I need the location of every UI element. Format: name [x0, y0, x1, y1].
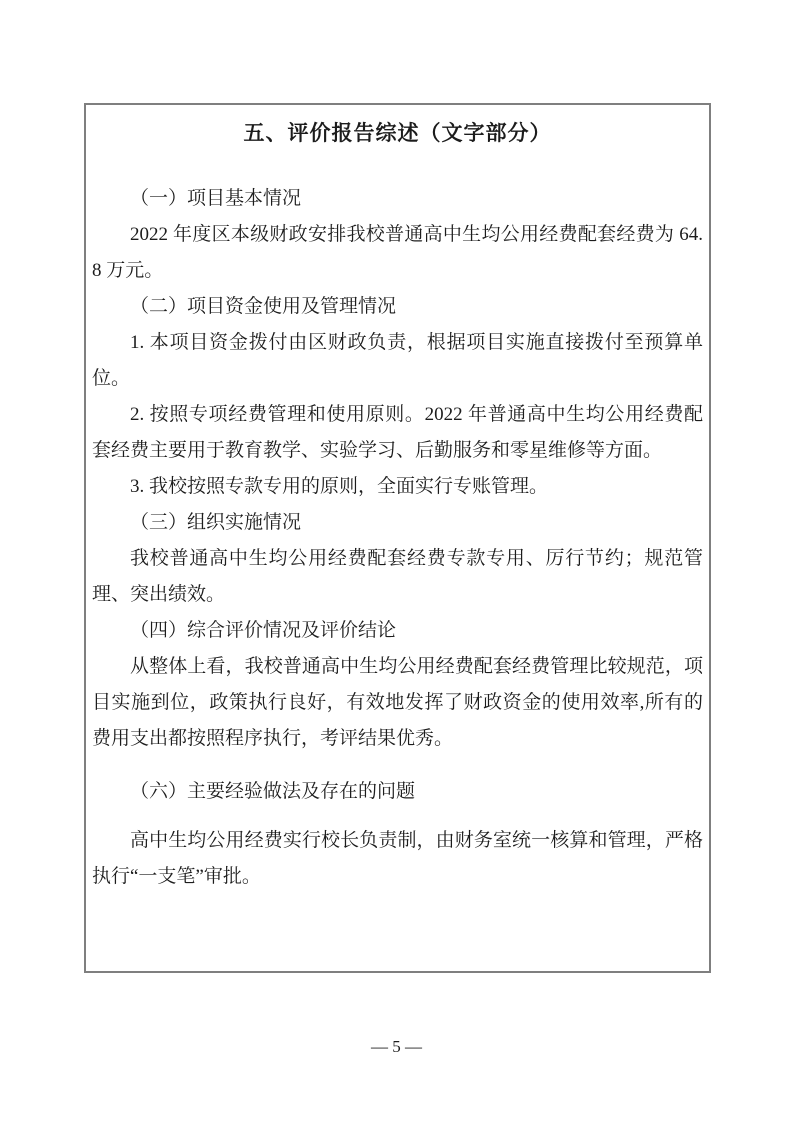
report-border-box: 五、评价报告综述（文字部分） （一）项目基本情况 2022 年度区本级财政安排我… — [84, 103, 711, 973]
page-footer: — 5 — — [0, 1036, 793, 1058]
paragraph-project-basic-info: 2022 年度区本级财政安排我校普通高中生均公用经费配套经费为 64.8 万元。 — [92, 217, 703, 289]
paragraph-fund-item-1: 1. 本项目资金拨付由区财政负责，根据项目实施直接拨付至预算单位。 — [92, 325, 703, 397]
section-heading-evaluation-conclusion: （四）综合评价情况及评价结论 — [92, 613, 703, 649]
paragraph-implementation: 我校普通高中生均公用经费配套经费专款专用、厉行节约；规范管理、突出绩效。 — [92, 541, 703, 613]
section-heading-implementation: （三）组织实施情况 — [92, 505, 703, 541]
paragraph-experience-problems: 高中生均公用经费实行校长负责制，由财务室统一核算和管理，严格执行“一支笔”审批。 — [92, 823, 703, 895]
report-body: （一）项目基本情况 2022 年度区本级财政安排我校普通高中生均公用经费配套经费… — [92, 181, 703, 895]
paragraph-fund-item-2: 2. 按照专项经费管理和使用原则。2022 年普通高中生均公用经费配套经费主要用… — [92, 397, 703, 469]
report-title: 五、评价报告综述（文字部分） — [92, 119, 703, 147]
page-number: — 5 — — [371, 1037, 422, 1056]
section-heading-experience-problems: （六）主要经验做法及存在的问题 — [92, 774, 703, 810]
paragraph-evaluation-conclusion: 从整体上看，我校普通高中生均公用经费配套经费管理比较规范，项目实施到位，政策执行… — [92, 649, 703, 757]
section-heading-project-basic-info: （一）项目基本情况 — [92, 181, 703, 217]
document-page: 五、评价报告综述（文字部分） （一）项目基本情况 2022 年度区本级财政安排我… — [0, 0, 793, 1122]
section-heading-fund-use-management: （二）项目资金使用及管理情况 — [92, 289, 703, 325]
paragraph-fund-item-3: 3. 我校按照专款专用的原则，全面实行专账管理。 — [92, 469, 703, 505]
